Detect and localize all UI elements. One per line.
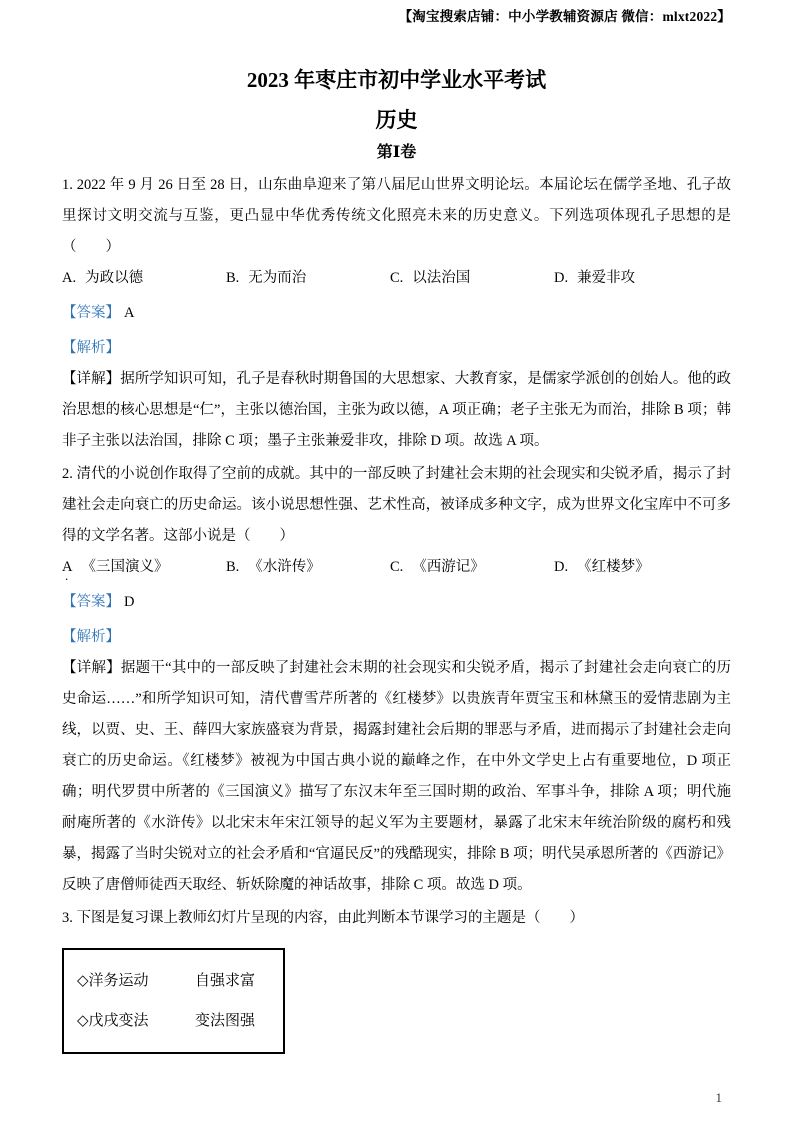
option-text: 兼爱非攻	[577, 270, 635, 286]
answer-value: D	[124, 594, 134, 610]
store-watermark: 【淘宝搜索店铺：中小学教辅资源店 微信：mlxt2022】	[62, 8, 731, 26]
slide-row-wuxu: ◇戊戌变法 变法图强	[77, 1001, 277, 1041]
question-2-option-a: A.《三国演义》	[62, 552, 226, 583]
option-label: B.	[226, 270, 239, 286]
answer-value: A	[124, 305, 134, 321]
question-2-stem: 2. 清代的小说创作取得了空前的成就。其中的一部反映了封建社会末期的社会现实和尖…	[62, 459, 731, 552]
question-1-option-b: B.无为而治	[226, 263, 390, 294]
option-text: 以法治国	[412, 270, 470, 286]
question-1-analysis: 【解析】	[62, 333, 731, 364]
question-3-stem: 3. 下图是复习课上教师幻灯片呈现的内容，由此判断本节课学习的主题是（ ）	[62, 903, 731, 934]
document-page: 【淘宝搜索店铺：中小学教辅资源店 微信：mlxt2022】 2023 年枣庄市初…	[0, 0, 793, 1122]
exam-title: 2023 年枣庄市初中学业水平考试	[62, 66, 731, 94]
detail-label: 【详解】	[62, 660, 121, 676]
answer-label: 【答案】	[62, 305, 120, 321]
question-1-stem: 1. 2022 年 9 月 26 日至 28 日，山东曲阜迎来了第八届尼山世界文…	[62, 170, 731, 263]
option-text: 《水浒传》	[248, 559, 321, 575]
option-text: 为政以德	[85, 270, 143, 286]
option-text: 《红楼梦》	[577, 559, 650, 575]
section-title: 第Ⅰ卷	[62, 142, 731, 164]
question-2-option-c: C.《西游记》	[390, 552, 554, 583]
question-1-option-c: C.以法治国	[390, 263, 554, 294]
option-text: 《西游记》	[412, 559, 485, 575]
question-1-options: A.为政以德 B.无为而治 C.以法治国 D.兼爱非攻	[62, 263, 731, 294]
question-1-answer: 【答案】A	[62, 298, 731, 329]
question-1-detail: 【详解】据所学知识可知，孔子是春秋时期鲁国的大思想家、大教育家，是儒家学派创的创…	[62, 364, 731, 457]
slide-row-yangwu: ◇洋务运动 自强求富	[77, 961, 277, 1001]
option-label: D.	[554, 559, 568, 575]
page-number: 1	[716, 1090, 723, 1106]
detail-text: 据所学知识可知，孔子是春秋时期鲁国的大思想家、大教育家，是儒家学派创的创始人。他…	[62, 371, 731, 449]
option-label: D.	[554, 270, 568, 286]
option-label: B.	[226, 559, 239, 575]
option-text: 无为而治	[248, 270, 306, 286]
diamond-bullet-icon: ◇	[77, 973, 89, 989]
stray-period: .	[65, 569, 68, 582]
question-2-option-d: D.《红楼梦》	[554, 552, 650, 583]
analysis-label: 【解析】	[62, 340, 120, 356]
diamond-bullet-icon: ◇	[77, 1013, 89, 1029]
question-2-options: A.《三国演义》 B.《水浒传》 C.《西游记》 D.《红楼梦》	[62, 552, 731, 583]
event-slogan: 变法图强	[195, 1001, 255, 1041]
detail-text: 据题干“其中的一部反映了封建社会末期的社会现实和尖锐矛盾，揭示了封建社会走向衰亡…	[62, 660, 731, 893]
event-slogan: 自强求富	[195, 961, 255, 1001]
option-label: C.	[390, 559, 403, 575]
slide-event: ◇洋务运动	[77, 961, 195, 1001]
event-name: 戊戌变法	[89, 1013, 149, 1029]
analysis-label: 【解析】	[62, 629, 120, 645]
detail-label: 【详解】	[62, 371, 120, 387]
event-name: 洋务运动	[89, 973, 149, 989]
question-2-option-b: B.《水浒传》	[226, 552, 390, 583]
option-label: C.	[390, 270, 403, 286]
slide-event: ◇戊戌变法	[77, 1001, 195, 1041]
question-1-option-a: A.为政以德	[62, 263, 226, 294]
option-label: A.	[62, 270, 76, 286]
option-text: 《三国演义》	[81, 559, 168, 575]
question-2-analysis: 【解析】	[62, 622, 731, 653]
question-2-detail: 【详解】据题干“其中的一部反映了封建社会末期的社会现实和尖锐矛盾，揭示了封建社会…	[62, 653, 731, 901]
answer-label: 【答案】	[62, 594, 120, 610]
question-1-option-d: D.兼爱非攻	[554, 263, 635, 294]
subject-title: 历史	[62, 106, 731, 134]
question-2-answer: 【答案】D	[62, 587, 731, 618]
slide-content-box: ◇洋务运动 自强求富 ◇戊戌变法 变法图强	[62, 948, 285, 1054]
